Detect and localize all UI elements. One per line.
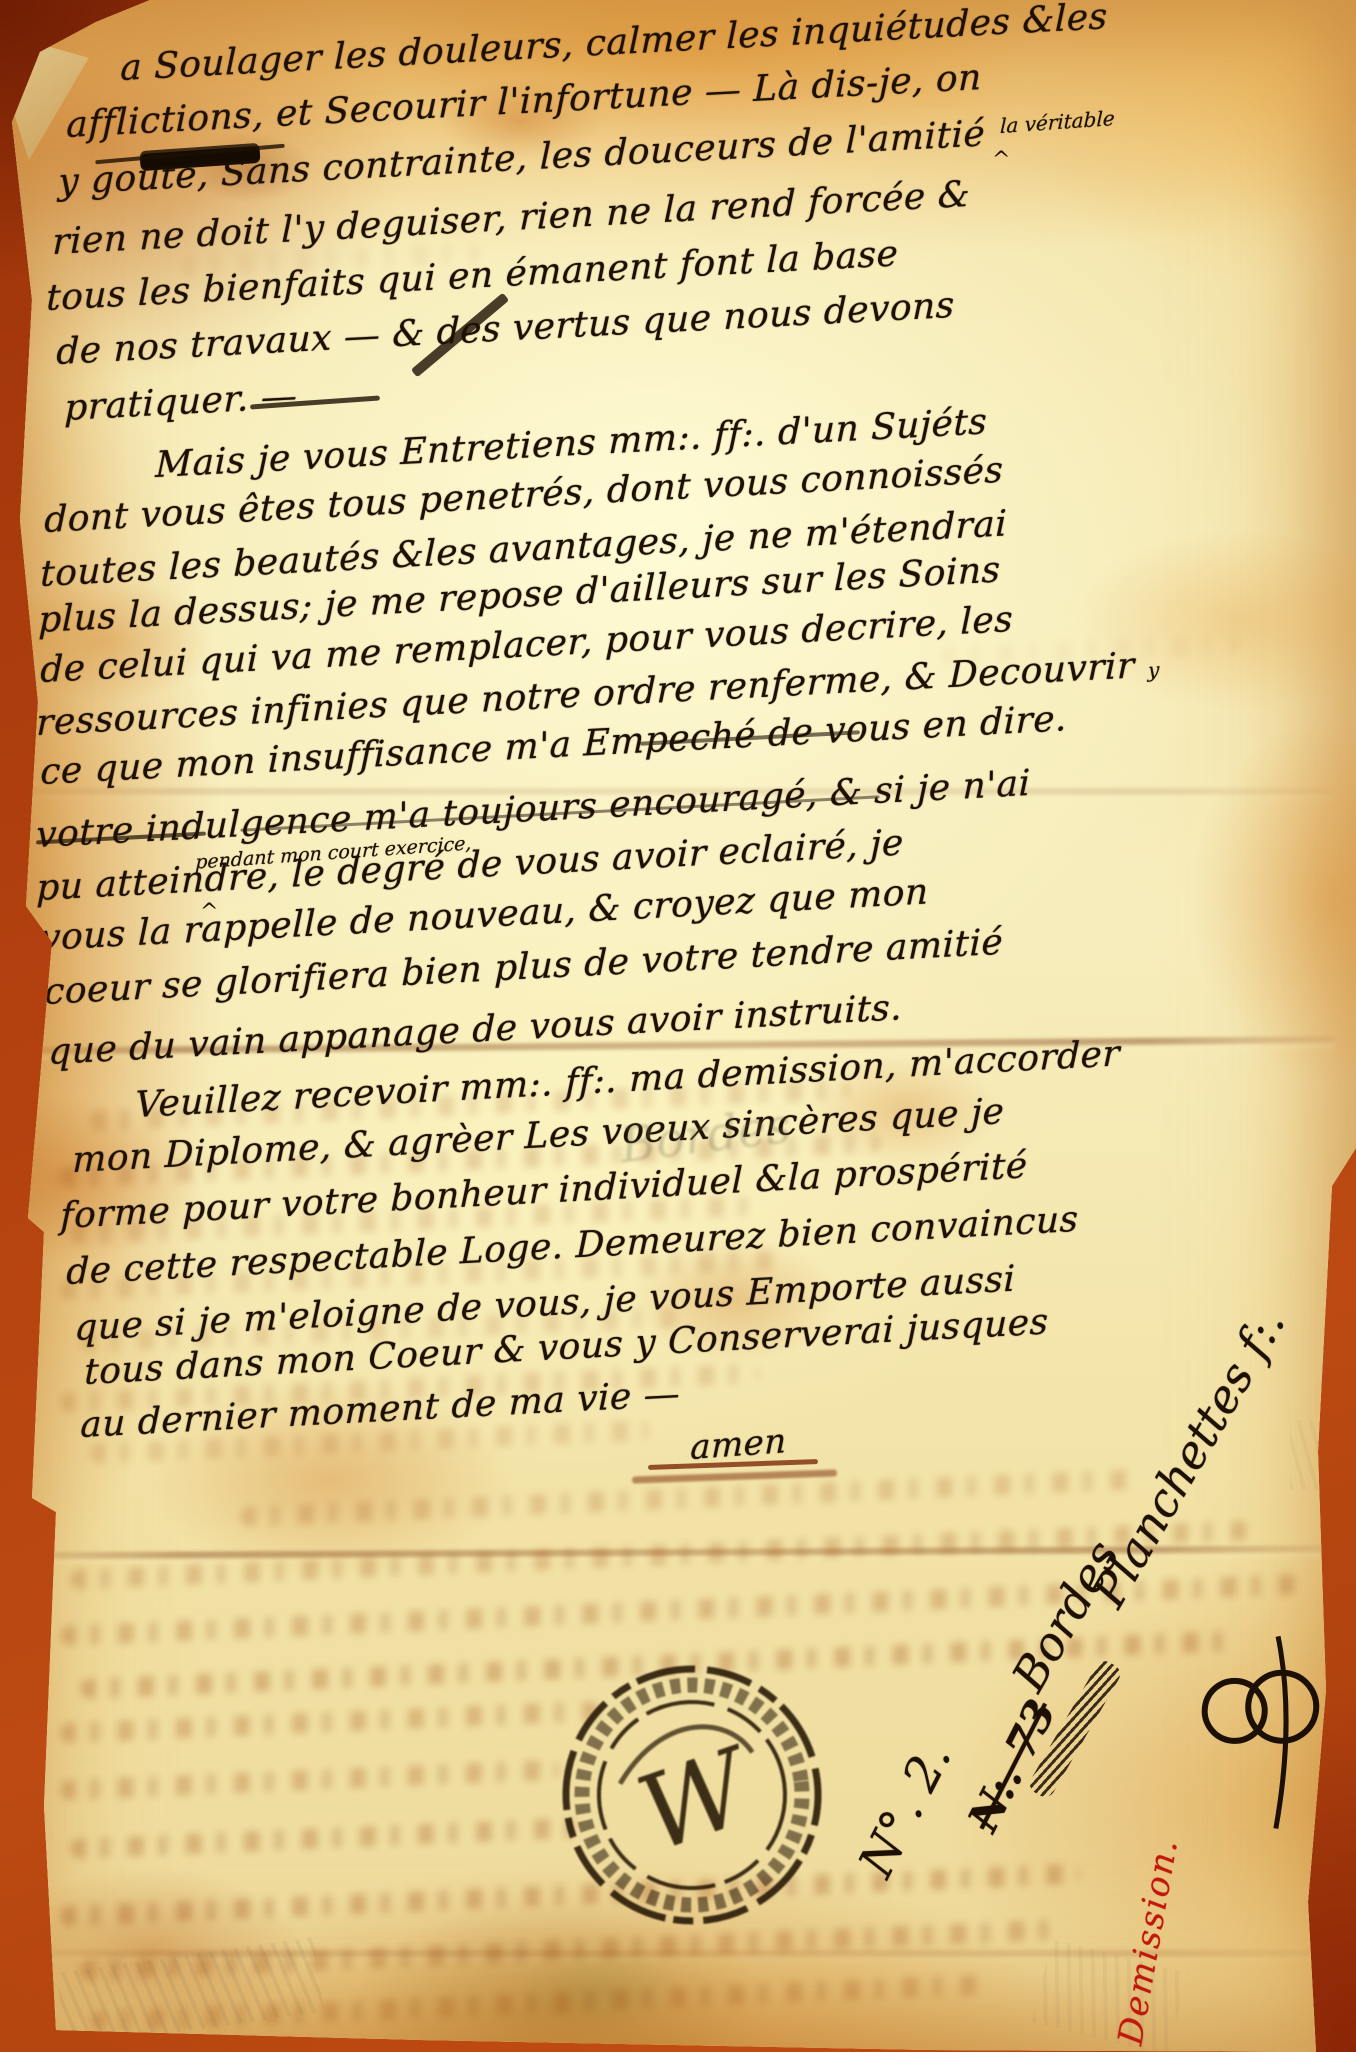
scanned-manuscript-page: a Soulager les douleurs, calmer les inqu… [0,0,1356,2052]
docket-number: N°. 2. [848,1734,963,1886]
caret-mark: ^ [992,148,1010,173]
caret-mark: ^ [200,900,218,925]
lodge-seal-stamp: W [536,1639,848,1951]
inserted-word: y [1148,658,1160,683]
ink-bleedthrough [70,1817,590,1859]
manuscript-paper: a Soulager les douleurs, calmer les inqu… [0,0,1356,2052]
ink-bleedthrough [60,1701,600,1744]
inserted-word: la véritable [1000,106,1115,138]
amen-underline [632,1469,837,1483]
ink-bleedthrough [60,1760,560,1801]
manuscript-line: pratiquer. — [64,376,298,429]
